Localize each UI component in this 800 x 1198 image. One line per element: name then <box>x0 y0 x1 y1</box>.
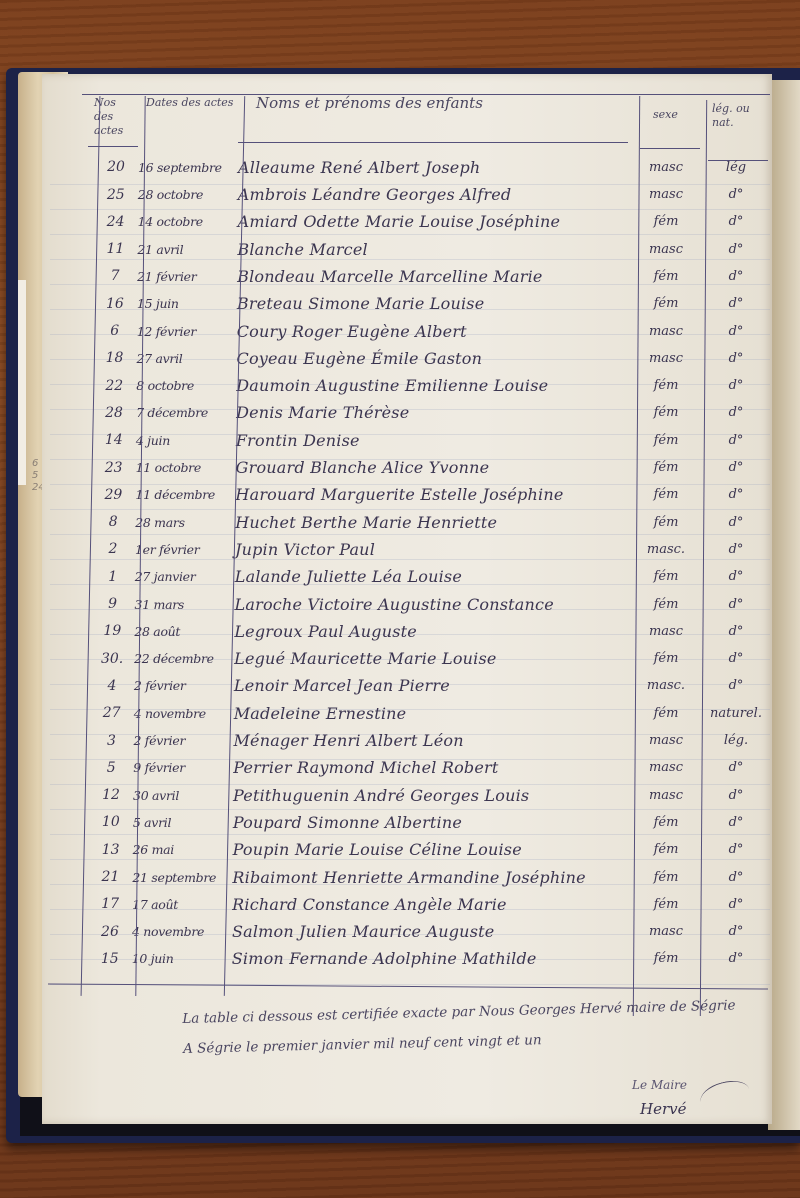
register-row: 1230 avrilPetithuguenin André Georges Lo… <box>88 782 770 809</box>
legitimacy: d° <box>706 788 766 803</box>
sex: fém <box>636 269 696 284</box>
sex: masc <box>636 760 696 775</box>
register-row: 105 avrilPoupard Simonne Albertinefémd° <box>88 809 770 836</box>
legitimacy: d° <box>706 678 766 693</box>
act-date: 17 août <box>132 897 228 912</box>
legitimacy: d° <box>706 515 766 530</box>
sex: fém <box>636 487 696 502</box>
act-date: 9 février <box>133 760 229 775</box>
legitimacy: lég. <box>706 733 766 748</box>
act-date: 31 mars <box>135 597 231 612</box>
register-row: 1928 aoûtLegroux Paul Augustemascd° <box>88 618 770 645</box>
register-row: 287 décembreDenis Marie Thérèsefémd° <box>88 400 770 427</box>
sex: fém <box>636 433 696 448</box>
register-row: 59 févrierPerrier Raymond Michel Robertm… <box>88 755 770 782</box>
act-date: 14 octobre <box>138 214 234 229</box>
legitimacy: d° <box>706 296 766 311</box>
sex: masc <box>636 324 696 339</box>
register-row: 931 marsLaroche Victoire Augustine Const… <box>88 591 770 618</box>
act-number: 16 <box>97 296 133 312</box>
sex: masc <box>636 788 696 803</box>
act-number: 18 <box>97 350 133 366</box>
sex: fém <box>636 897 696 912</box>
header-child-names: Noms et prénoms des enfants <box>256 96 616 144</box>
child-name: Ribaimont Henriette Armandine Joséphine <box>232 868 585 887</box>
legitimacy: d° <box>706 542 766 557</box>
child-name: Legué Mauricette Marie Louise <box>234 649 496 668</box>
register-row: 2121 septembreRibaimont Henriette Armand… <box>88 864 770 891</box>
legitimacy: d° <box>706 569 766 584</box>
sex: masc <box>636 160 696 175</box>
act-number: 24 <box>98 214 134 230</box>
act-date: 28 octobre <box>138 187 234 202</box>
child-name: Breteau Simone Marie Louise <box>237 294 484 313</box>
act-date: 21 avril <box>137 242 233 257</box>
act-number: 11 <box>97 241 133 257</box>
register-row: 1615 juinBreteau Simone Marie Louisefémd… <box>88 291 770 318</box>
act-number: 17 <box>92 896 128 912</box>
act-date: 4 juin <box>136 433 232 448</box>
act-date: 21 septembre <box>132 870 228 885</box>
child-name: Denis Marie Thérèse <box>236 403 409 422</box>
act-number: 4 <box>94 678 130 694</box>
header-rule <box>640 148 700 149</box>
legitimacy: naturel. <box>706 706 766 721</box>
act-date: 28 août <box>134 624 230 639</box>
legitimacy: d° <box>706 842 766 857</box>
act-date: 11 décembre <box>135 487 231 502</box>
act-number: 3 <box>93 733 129 749</box>
child-name: Daumoin Augustine Emilienne Louise <box>236 376 548 395</box>
sex: masc <box>636 187 696 202</box>
register-row: 721 févrierBlondeau Marcelle Marcelline … <box>88 263 770 290</box>
sex: fém <box>636 460 696 475</box>
sex: fém <box>636 296 696 311</box>
child-name: Perrier Raymond Michel Robert <box>233 758 498 777</box>
act-date: 10 juin <box>132 951 228 966</box>
facing-page-edge <box>768 80 800 1130</box>
act-date: 2 février <box>133 733 229 748</box>
act-number: 12 <box>93 787 129 803</box>
legitimacy: d° <box>706 597 766 612</box>
legitimacy: d° <box>706 433 766 448</box>
register-row: 1510 juinSimon Fernande Adolphine Mathil… <box>88 946 770 973</box>
act-date: 11 octobre <box>136 460 232 475</box>
act-number: 9 <box>95 596 131 612</box>
sex: fém <box>636 706 696 721</box>
child-name: Simon Fernande Adolphine Mathilde <box>232 949 537 968</box>
child-name: Blanche Marcel <box>237 240 367 259</box>
legitimacy: d° <box>706 378 766 393</box>
sex: fém <box>636 515 696 530</box>
act-number: 23 <box>96 460 132 476</box>
act-date: 28 mars <box>135 515 231 530</box>
child-name: Ménager Henri Albert Léon <box>233 731 463 750</box>
child-name: Grouard Blanche Alice Yvonne <box>236 458 490 477</box>
register-row: 42 févrierLenoir Marcel Jean Pierremasc.… <box>88 673 770 700</box>
act-number: 13 <box>93 842 129 858</box>
child-name: Lenoir Marcel Jean Pierre <box>234 676 450 695</box>
act-date: 22 décembre <box>134 651 230 666</box>
header-rule <box>238 142 628 143</box>
sex: fém <box>636 214 696 229</box>
register-row: 2414 octobreAmiard Odette Marie Louise J… <box>88 209 770 236</box>
act-date: 4 novembre <box>132 924 228 939</box>
act-number: 30. <box>94 651 130 667</box>
register-row: 144 juinFrontin Denisefémd° <box>88 427 770 454</box>
child-name: Alleaume René Albert Joseph <box>238 158 480 177</box>
child-name: Laroche Victoire Augustine Constance <box>235 595 554 614</box>
child-name: Legroux Paul Auguste <box>234 622 417 641</box>
register-row: 2311 octobreGrouard Blanche Alice Yvonne… <box>88 454 770 481</box>
register-row: 2528 octobreAmbrois Léandre Georges Alfr… <box>88 181 770 208</box>
register-row: 30.22 décembreLegué Mauricette Marie Lou… <box>88 645 770 672</box>
legitimacy: d° <box>706 651 766 666</box>
act-number: 10 <box>93 814 129 830</box>
paper-tab <box>18 280 26 485</box>
act-date: 5 avril <box>133 815 229 830</box>
legitimacy: d° <box>706 897 766 912</box>
register-row: 1121 avrilBlanche Marcelmascd° <box>88 236 770 263</box>
register-row: 828 marsHuchet Berthe Marie Henriettefém… <box>88 509 770 536</box>
legitimacy: d° <box>706 460 766 475</box>
act-date: 26 mai <box>133 842 229 857</box>
register-row: 264 novembreSalmon Julien Maurice August… <box>88 918 770 945</box>
legitimacy: d° <box>706 951 766 966</box>
child-name: Poupin Marie Louise Céline Louise <box>233 840 522 859</box>
act-number: 25 <box>98 187 134 203</box>
act-number: 5 <box>93 760 129 776</box>
child-name: Frontin Denise <box>236 431 360 450</box>
act-date: 21 février <box>137 269 233 284</box>
legitimacy: d° <box>706 760 766 775</box>
header-act-date: Dates des actes <box>146 96 236 144</box>
child-name: Blondeau Marcelle Marcelline Marie <box>237 267 542 286</box>
sex: masc <box>636 351 696 366</box>
act-date: 30 avril <box>133 788 229 803</box>
child-name: Harouard Marguerite Estelle Joséphine <box>235 485 563 504</box>
header-rule <box>88 146 138 147</box>
act-number: 6 <box>97 323 133 339</box>
act-number: 29 <box>95 487 131 503</box>
child-name: Lalande Juliette Léa Louise <box>235 567 462 586</box>
child-name: Salmon Julien Maurice Auguste <box>232 922 494 941</box>
sex: fém <box>636 815 696 830</box>
register-row: 274 novembreMadeleine Ernestinefémnature… <box>88 700 770 727</box>
child-name: Poupard Simonne Albertine <box>233 813 462 832</box>
signature-title: Le Maire <box>632 1078 687 1092</box>
act-date: 27 avril <box>137 351 233 366</box>
register-row: 21er févrierJupin Victor Paulmasc.d° <box>88 536 770 563</box>
sex: masc <box>636 242 696 257</box>
sex: fém <box>636 569 696 584</box>
act-number: 14 <box>96 432 132 448</box>
legitimacy: d° <box>706 870 766 885</box>
act-date: 12 février <box>137 324 233 339</box>
table-top-rule <box>82 94 770 95</box>
act-number: 1 <box>95 569 131 585</box>
legitimacy: d° <box>706 405 766 420</box>
sex: masc. <box>636 542 696 557</box>
act-number: 20 <box>98 159 134 175</box>
sex: fém <box>636 378 696 393</box>
register-row: 32 févrierMénager Henri Albert Léonmascl… <box>88 727 770 754</box>
register-row: 228 octobreDaumoin Augustine Emilienne L… <box>88 372 770 399</box>
act-date: 16 septembre <box>138 160 234 175</box>
header-legitimacy: lég. ou nat. <box>712 102 772 150</box>
legitimacy: d° <box>706 924 766 939</box>
act-number: 19 <box>94 623 130 639</box>
child-name: Richard Constance Angèle Marie <box>232 895 507 914</box>
act-date: 2 février <box>134 678 230 693</box>
register-row: 127 janvierLalande Juliette Léa Louisefé… <box>88 564 770 591</box>
act-number: 26 <box>92 924 128 940</box>
sex: fém <box>636 405 696 420</box>
register-row: 612 févrierCoury Roger Eugène Albertmasc… <box>88 318 770 345</box>
sex: masc. <box>636 678 696 693</box>
sex: fém <box>636 870 696 885</box>
act-number: 15 <box>92 951 128 967</box>
legitimacy: d° <box>706 242 766 257</box>
signature-name: Hervé <box>640 1100 686 1118</box>
legitimacy: d° <box>706 269 766 284</box>
legitimacy: d° <box>706 214 766 229</box>
legitimacy: lég <box>706 160 766 175</box>
legitimacy: d° <box>706 624 766 639</box>
act-number: 28 <box>96 405 132 421</box>
register-row: 1717 aoûtRichard Constance Angèle Marief… <box>88 891 770 918</box>
act-number: 8 <box>95 514 131 530</box>
child-name: Ambrois Léandre Georges Alfred <box>238 185 512 204</box>
child-name: Coyeau Eugène Émile Gaston <box>237 349 483 368</box>
sex: masc <box>636 924 696 939</box>
act-number: 27 <box>94 705 130 721</box>
legitimacy: d° <box>706 351 766 366</box>
register-row: 1827 avrilCoyeau Eugène Émile Gastonmasc… <box>88 345 770 372</box>
sex: masc <box>636 733 696 748</box>
sex: fém <box>636 651 696 666</box>
child-name: Jupin Victor Paul <box>235 540 375 559</box>
sex: fém <box>636 597 696 612</box>
register-row: 1326 maiPoupin Marie Louise Céline Louis… <box>88 837 770 864</box>
child-name: Madeleine Ernestine <box>234 704 407 723</box>
header-act-number: Nos des actes <box>94 96 138 144</box>
sex: fém <box>636 951 696 966</box>
child-name: Coury Roger Eugène Albert <box>237 322 467 341</box>
legitimacy: d° <box>706 487 766 502</box>
act-date: 27 janvier <box>135 569 231 584</box>
act-number: 21 <box>92 869 128 885</box>
act-date: 1er février <box>135 542 231 557</box>
legitimacy: d° <box>706 815 766 830</box>
sex: masc <box>636 624 696 639</box>
child-name: Huchet Berthe Marie Henriette <box>235 513 497 532</box>
register-row: 2911 décembreHarouard Marguerite Estelle… <box>88 482 770 509</box>
act-date: 7 décembre <box>136 405 232 420</box>
child-name: Petithuguenin André Georges Louis <box>233 786 529 805</box>
legitimacy: d° <box>706 324 766 339</box>
act-number: 22 <box>96 378 132 394</box>
act-date: 4 novembre <box>134 706 230 721</box>
act-number: 7 <box>97 268 133 284</box>
act-number: 2 <box>95 541 131 557</box>
child-name: Amiard Odette Marie Louise Joséphine <box>238 212 561 231</box>
act-date: 15 juin <box>137 296 233 311</box>
act-date: 8 octobre <box>136 378 232 393</box>
legitimacy: d° <box>706 187 766 202</box>
register-row: 2016 septembreAlleaume René Albert Josep… <box>88 154 770 181</box>
sex: fém <box>636 842 696 857</box>
